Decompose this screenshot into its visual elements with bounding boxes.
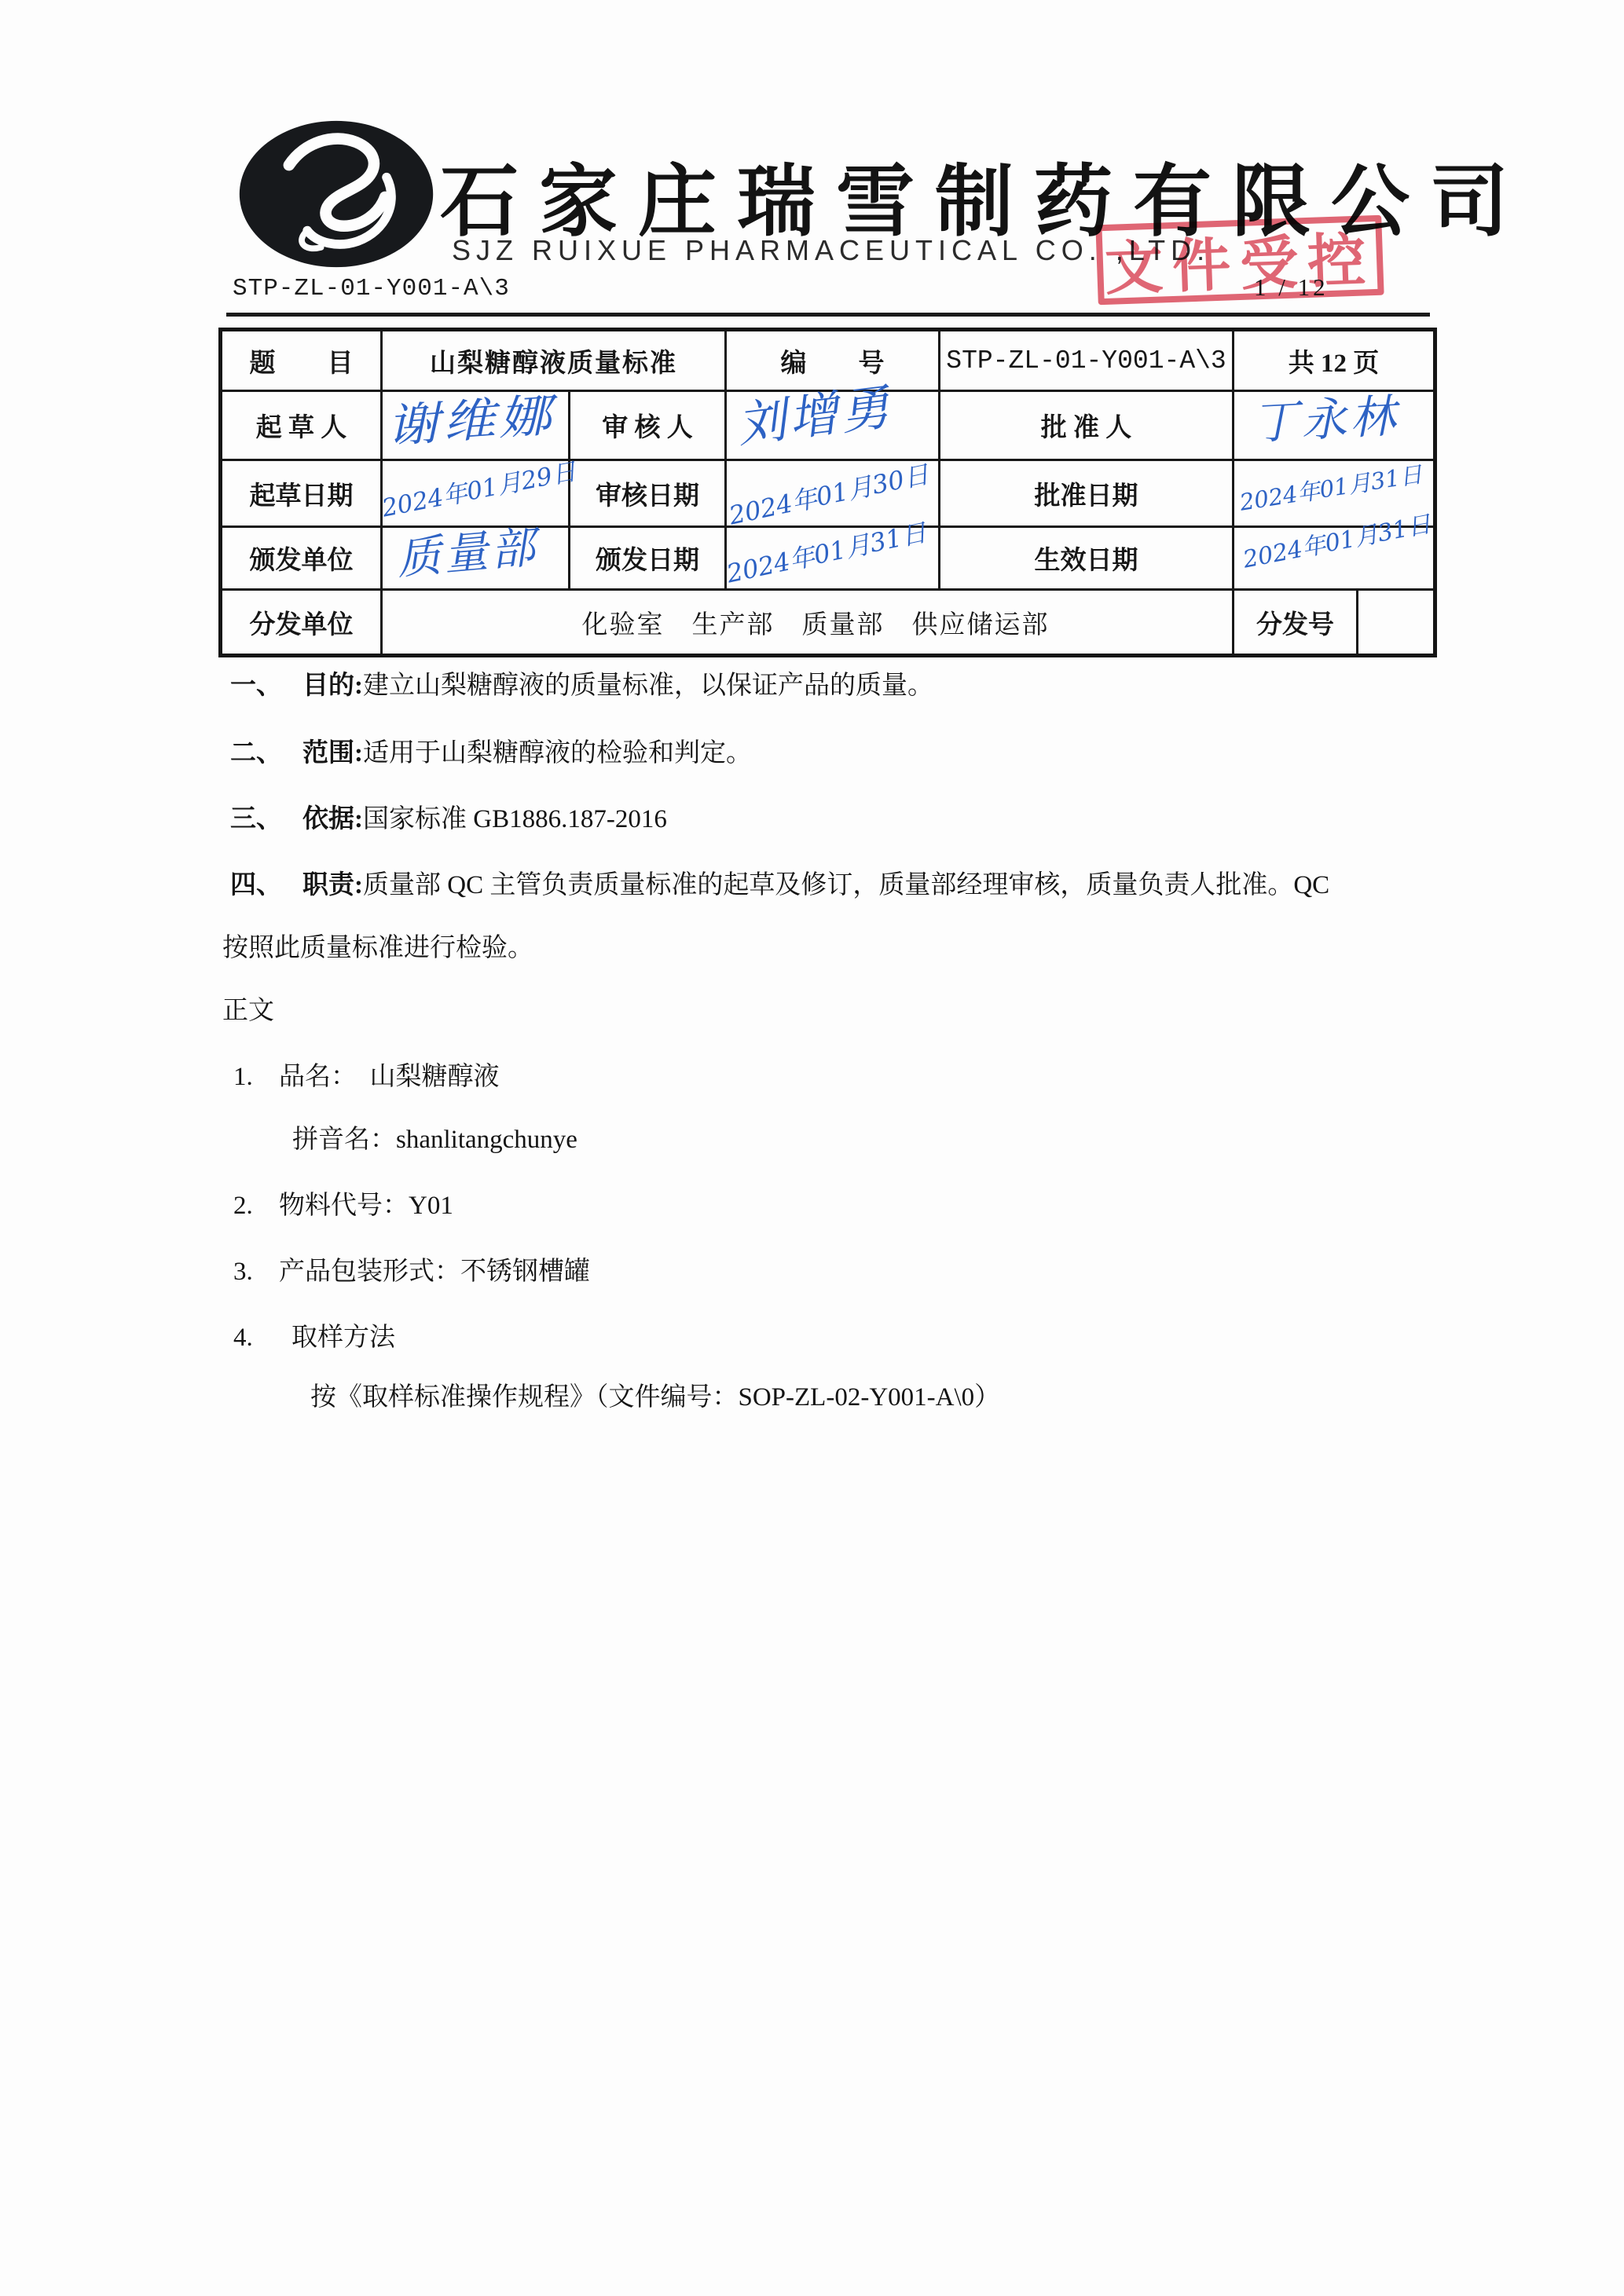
- body-continuation: 按照此质量标准进行检验。: [222, 927, 533, 964]
- list-item-4-reference: 按《取样标准操作规程》（文件编号：SOP-ZL-02-Y001-A\0）: [310, 1376, 1000, 1413]
- main-heading: 正文: [222, 990, 274, 1027]
- item-text: 品名： 山梨糖醇液: [279, 1063, 500, 1091]
- issue-unit-label: 颁发单位: [221, 527, 382, 590]
- drafter-label: 起 草 人: [221, 391, 382, 460]
- company-logo-icon: [236, 118, 437, 270]
- item-number: 2.: [233, 1192, 279, 1221]
- list-item-4: 4.取样方法: [233, 1316, 395, 1353]
- section-number: 四、: [230, 864, 302, 901]
- item-text: 取样方法: [291, 1324, 395, 1352]
- approver-label: 批 准 人: [940, 391, 1234, 460]
- item-number: 4.: [233, 1324, 291, 1353]
- approver-signature: 丁永林: [1251, 379, 1400, 452]
- dist-unit-label: 分发单位: [221, 590, 382, 656]
- body-section-basis: 三、依据:国家标准 GB1886.187-2016: [230, 798, 667, 835]
- body-section-purpose: 一、目的:建立山梨糖醇液的质量标准，以保证产品的质量。: [230, 665, 933, 701]
- dist-no-label: 分发号: [1234, 590, 1358, 656]
- approve-date-label: 批准日期: [940, 460, 1234, 527]
- title-label: 题 目: [221, 330, 382, 391]
- item-text: 物料代号：Y01: [279, 1192, 453, 1220]
- section-text: 建立山梨糖醇液的质量标准，以保证产品的质量。: [363, 672, 933, 700]
- dist-units: 化验室 生产部 质量部 供应储运部: [382, 590, 1234, 656]
- draft-date-label: 起草日期: [221, 460, 382, 527]
- section-label: 依据:: [302, 805, 363, 833]
- section-number: 三、: [230, 798, 302, 835]
- section-text: 国家标准 GB1886.187-2016: [363, 805, 667, 833]
- list-item-2: 2.物料代号：Y01: [233, 1185, 453, 1221]
- controlled-document-stamp: 文件受控: [1095, 215, 1384, 306]
- section-number: 一、: [230, 665, 302, 701]
- issue-date-label: 颁发日期: [570, 527, 726, 590]
- section-label: 范围:: [302, 739, 363, 767]
- effective-date-label: 生效日期: [940, 527, 1234, 590]
- header-rule: [226, 313, 1430, 317]
- section-number: 二、: [230, 732, 302, 769]
- page-indicator: 1 / 12: [1254, 273, 1329, 302]
- issue-unit-handwriting: 质量部: [394, 512, 541, 587]
- list-item-1: 1.品名： 山梨糖醇液: [233, 1056, 500, 1093]
- doc-code: STP-ZL-01-Y001-A\3: [940, 330, 1234, 391]
- section-text: 质量部 QC 主管负责质量标准的起草及修订，质量部经理审核，质量负责人批准。QC: [363, 871, 1329, 899]
- body-section-duty: 四、职责:质量部 QC 主管负责质量标准的起草及修订，质量部经理审核，质量负责人…: [230, 864, 1329, 901]
- doc-title: 山梨糖醇液质量标准: [382, 330, 726, 391]
- table-row: 分发单位 化验室 生产部 质量部 供应储运部 分发号: [221, 590, 1435, 656]
- review-date-label: 审核日期: [570, 460, 726, 527]
- doc-code-header: STP-ZL-01-Y001-A\3: [233, 275, 510, 302]
- reviewer-label: 审 核 人: [570, 391, 726, 460]
- body-section-scope: 二、范围:适用于山梨糖醇液的检验和判定。: [230, 732, 752, 769]
- document-page: 石家庄瑞雪制药有限公司 SJZ RUIXUE PHARMACEUTICAL CO…: [0, 0, 1624, 2296]
- drafter-signature: 谢维娜: [384, 378, 556, 456]
- section-text: 适用于山梨糖醇液的检验和判定。: [363, 739, 752, 767]
- item-number: 1.: [233, 1063, 279, 1092]
- list-item-3: 3.产品包装形式：不锈钢槽罐: [233, 1251, 590, 1287]
- section-label: 目的:: [302, 672, 363, 700]
- section-label: 职责:: [302, 871, 363, 899]
- list-item-1-pinyin: 拼音名：shanlitangchunye: [292, 1119, 577, 1155]
- dist-no-value: [1358, 590, 1435, 656]
- item-number: 3.: [233, 1258, 279, 1287]
- item-text: 产品包装形式：不锈钢槽罐: [279, 1258, 590, 1286]
